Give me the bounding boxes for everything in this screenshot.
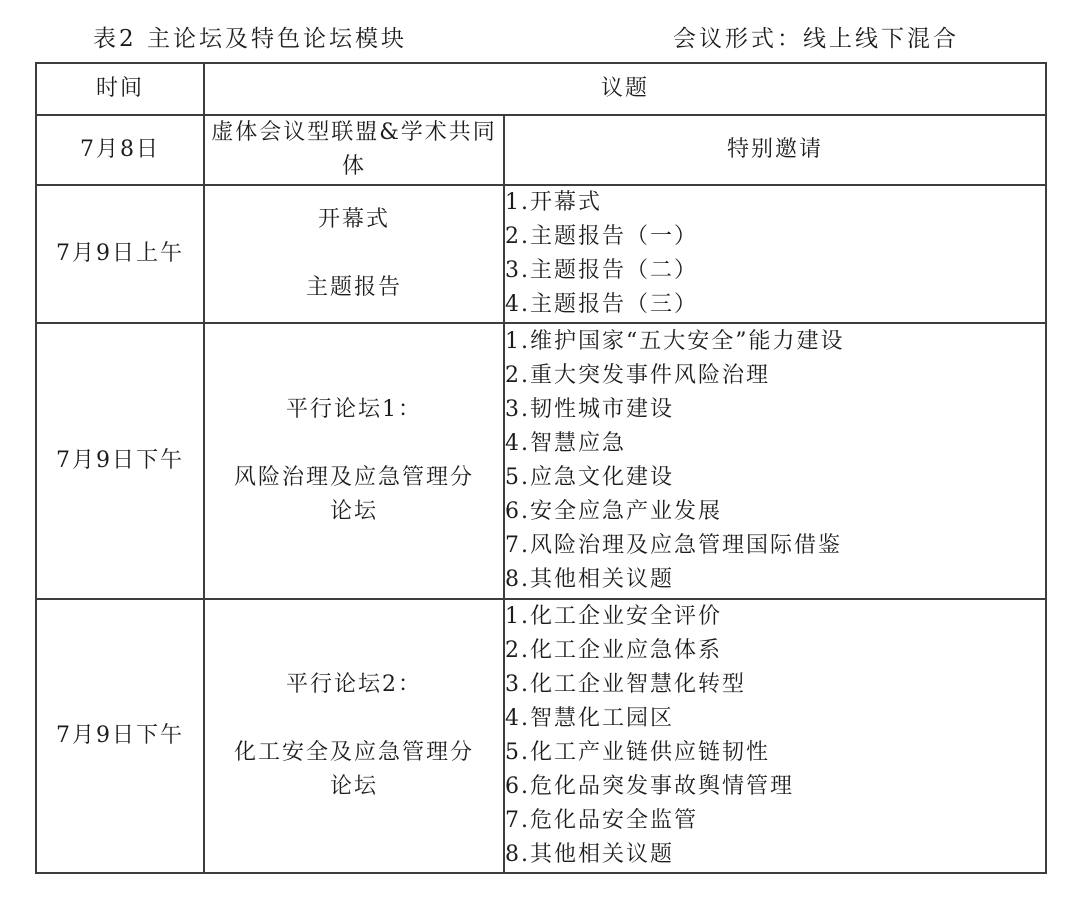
topic-list-cell: 1.开幕式2.主题报告（一）3.主题报告（二）4.主题报告（三） bbox=[504, 185, 1046, 323]
topic-list-cell: 1.化工企业安全评价2.化工企业应急体系3.化工企业智慧化转型4.智慧化工园区5… bbox=[504, 599, 1046, 873]
meeting-format-label: 会议形式：线上线下混合 bbox=[673, 24, 959, 54]
table-caption-row: 表2 主论坛及特色论坛模块 会议形式：线上线下混合 bbox=[35, 24, 1045, 54]
header-row: 时间 议题 bbox=[36, 63, 1046, 115]
document-page: 表2 主论坛及特色论坛模块 会议形式：线上线下混合 时间 议题 7月8日 虚体会… bbox=[0, 0, 1080, 903]
header-time-cell: 时间 bbox=[36, 63, 204, 115]
row-parallel-forum-2: 7月9日下午 平行论坛2： 化工安全及应急管理分论坛 1.化工企业安全评价2.化… bbox=[36, 599, 1046, 873]
time-cell: 7月9日上午 bbox=[36, 185, 204, 323]
time-cell: 7月8日 bbox=[36, 115, 204, 185]
forum-cell: 平行论坛2： 化工安全及应急管理分论坛 bbox=[204, 599, 504, 873]
topic-cell: 特别邀请 bbox=[504, 115, 1046, 185]
time-cell: 7月9日下午 bbox=[36, 599, 204, 873]
header-topic-cell: 议题 bbox=[204, 63, 1046, 115]
row-parallel-forum-1: 7月9日下午 平行论坛1： 风险治理及应急管理分论坛 1.维护国家“五大安全”能… bbox=[36, 323, 1046, 599]
table-caption-title: 表2 主论坛及特色论坛模块 bbox=[93, 24, 407, 54]
topic-list-cell: 1.维护国家“五大安全”能力建设2.重大突发事件风险治理3.韧性城市建设4.智慧… bbox=[504, 323, 1046, 599]
agenda-table: 时间 议题 7月8日 虚体会议型联盟&学术共同体 特别邀请 7月9日上午 开幕式… bbox=[35, 62, 1047, 874]
time-cell: 7月9日下午 bbox=[36, 323, 204, 599]
forum-cell: 平行论坛1： 风险治理及应急管理分论坛 bbox=[204, 323, 504, 599]
row-july9-morning: 7月9日上午 开幕式 主题报告 1.开幕式2.主题报告（一）3.主题报告（二）4… bbox=[36, 185, 1046, 323]
row-july8: 7月8日 虚体会议型联盟&学术共同体 特别邀请 bbox=[36, 115, 1046, 185]
forum-cell: 虚体会议型联盟&学术共同体 bbox=[204, 115, 504, 185]
forum-cell: 开幕式 主题报告 bbox=[204, 185, 504, 323]
